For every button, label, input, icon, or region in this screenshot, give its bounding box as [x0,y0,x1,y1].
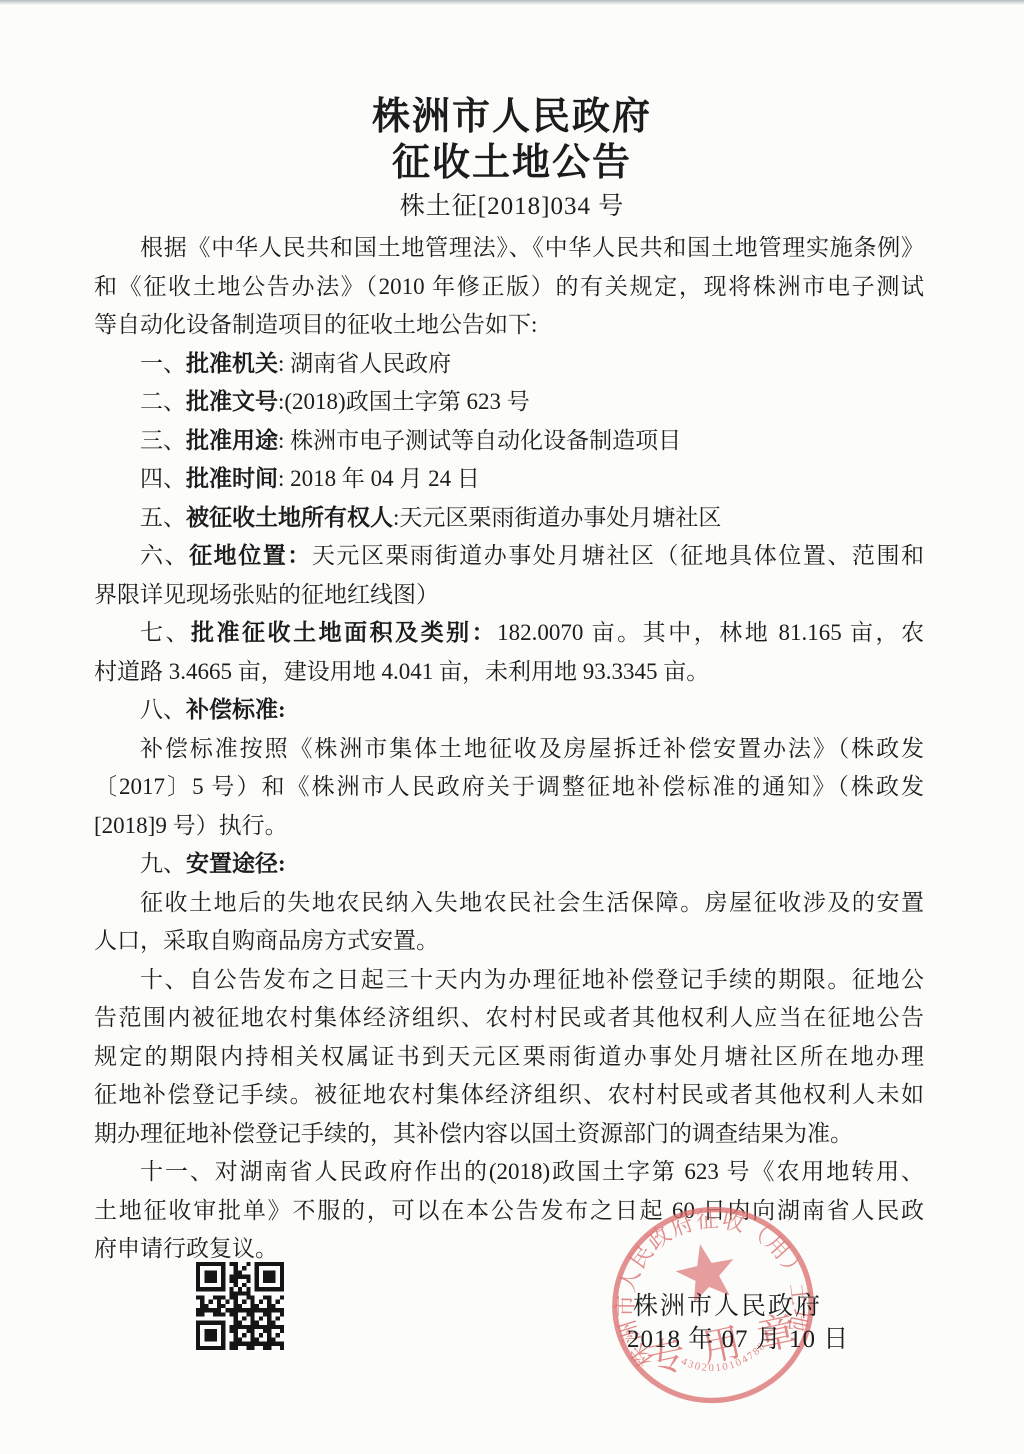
body-line: 七、批准征收土地面积及类别：182.0070 亩。其中，林地 81.165 亩，… [94,614,924,653]
body-line: 十一、对湖南省人民政府作出的(2018)政国土字第 623 号《农用地转用、 [94,1153,924,1192]
document-number: 株土征[2018]034 号 [0,186,1024,222]
body-line: 补偿标准按照《株洲市集体土地征收及房屋拆迁补偿安置办法》（株政发 [94,730,924,769]
signature-date: 2018 年 07 月 10 日 [627,1319,849,1355]
document-title-line1: 株洲市人民政府 [0,94,1024,140]
body-line: 五、被征收土地所有权人:天元区栗雨街道办事处月塘社区 [94,499,924,538]
body-line: 土地征收审批单》不服的，可以在本公告发布之日起 60 日内向湖南省人民政 [94,1192,924,1231]
body-line: 人口，采取自购商品房方式安置。 [94,922,924,961]
body-line: 三、批准用途: 株洲市电子测试等自动化设备制造项目 [94,422,924,461]
body-line: 二、批准文号:(2018)政国土字第 623 号 [94,383,924,422]
body-line: 六、征地位置：天元区栗雨街道办事处月塘社区（征地具体位置、范围和 [94,537,924,576]
body-line: 根据《中华人民共和国土地管理法》、《中华人民共和国土地管理实施条例》 [94,229,924,268]
body-line: 征地补偿登记手续。被征地农村集体经济组织、农村村民或者其他权利人未如 [94,1076,924,1115]
body-line: 村道路 3.4665 亩，建设用地 4.041 亩，未利用地 93.3345 亩… [94,653,924,692]
body-line: 规定的期限内持相关权属证书到天元区栗雨街道办事处月塘社区所在地办理 [94,1038,924,1077]
body-line: 一、批准机关: 湖南省人民政府 [94,345,924,384]
scan-edge-shadow [0,0,1024,5]
body-line: 征收土地后的失地农民纳入失地农民社会生活保障。房屋征收涉及的安置 [94,884,924,923]
body-line: 〔2017〕5 号）和《株洲市人民政府关于调整征地补偿标准的通知》（株政发 [94,768,924,807]
body-line: 和《征收土地公告办法》（2010 年修正版）的有关规定，现将株洲市电子测试 [94,268,924,307]
signature-issuer: 株洲市人民政府 [633,1286,822,1322]
body-line: [2018]9 号）执行。 [94,807,924,846]
scanned-document-page: 株洲市人民政府 征收土地公告 株土征[2018]034 号 根据《中华人民共和国… [0,0,1024,1454]
document-title: 株洲市人民政府 征收土地公告 [0,94,1024,186]
document-body: 根据《中华人民共和国土地管理法》、《中华人民共和国土地管理实施条例》和《征收土地… [94,229,924,1269]
body-line: 九、安置途径: [94,845,924,884]
qr-code [196,1262,284,1350]
body-line: 八、补偿标准: [94,691,924,730]
document-title-line2: 征收土地公告 [0,140,1024,186]
body-line: 告范围内被征地农村集体经济组织、农村村民或者其他权利人应当在征地公告 [94,999,924,1038]
body-line: 十、自公告发布之日起三十天内为办理征地补偿登记手续的期限。征地公 [94,961,924,1000]
body-line: 等自动化设备制造项目的征收土地公告如下: [94,306,924,345]
body-line: 界限详见现场张贴的征地红线图） [94,576,924,615]
body-line: 四、批准时间: 2018 年 04 月 24 日 [94,460,924,499]
body-line: 期办理征地补偿登记手续的，其补偿内容以国土资源部门的调查结果为准。 [94,1115,924,1154]
